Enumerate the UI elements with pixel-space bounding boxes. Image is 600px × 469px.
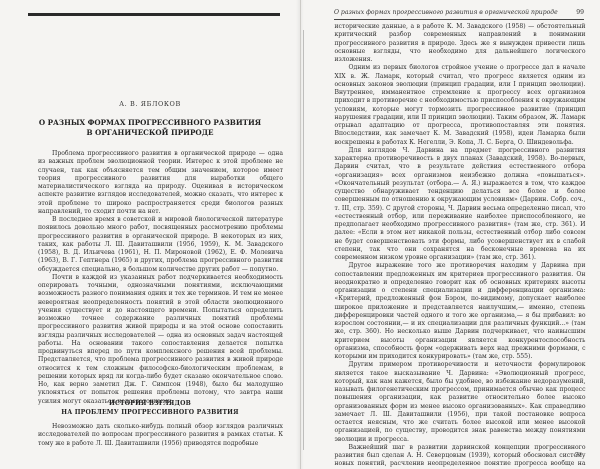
paragraph: В последнее время в советской и мировой … <box>38 216 283 274</box>
page-number: 99 <box>576 9 584 16</box>
section-title: ИСТОРИЯ ВЗГЛЯДОВ НА ПРОБЛЕМУ ПРОГРЕССИВН… <box>0 400 300 417</box>
section-text: Невозможно дать сколько-нибудь полный об… <box>38 423 283 448</box>
top-rule <box>28 13 280 16</box>
paragraph: Другое выражение того же противоречия на… <box>335 262 586 361</box>
right-page-text: исторические данные, а в работе К. М. За… <box>335 23 586 469</box>
title-line-1: О РАЗНЫХ ФОРМАХ ПРОГРЕССИВНОГО РАЗВИТИЯ <box>0 118 300 128</box>
paragraph: Проблема прогрессивного развития в орган… <box>38 150 283 216</box>
paragraph: Для взглядов Ч. Дарвина на предмет прогр… <box>335 147 586 263</box>
section-title-line-1: ИСТОРИЯ ВЗГЛЯДОВ <box>0 400 300 409</box>
running-head: О разных формах прогрессивного развития … <box>334 9 584 16</box>
paragraph: Почти в каждой из указанных работ подчер… <box>38 274 283 406</box>
right-page: исторические данные, а в работе К. М. За… <box>301 0 600 469</box>
paragraph: Невозможно дать сколько-нибудь полный об… <box>38 423 283 448</box>
running-head-title: О разных формах прогрессивного развития … <box>334 9 558 16</box>
paragraph: исторические данные, а в работе К. М. За… <box>335 23 586 64</box>
signature-mark: 7* <box>575 452 582 459</box>
page-edge-line <box>303 30 304 450</box>
paragraph: Важнейший шаг в развитии дарвинской конц… <box>335 444 586 469</box>
section-title-line-2: НА ПРОБЛЕМУ ПРОГРЕССИВНОГО РАЗВИТИЯ <box>0 409 300 418</box>
left-page: А. В. ЯБЛОКОВ О РАЗНЫХ ФОРМАХ ПРОГРЕССИВ… <box>0 0 301 469</box>
article-title: О РАЗНЫХ ФОРМАХ ПРОГРЕССИВНОГО РАЗВИТИЯ … <box>0 118 300 138</box>
running-head-rule <box>334 19 584 20</box>
paragraph: Одним из первых биологов стройное учение… <box>335 64 586 147</box>
title-line-2: В ОРГАНИЧЕСКОЙ ПРИРОДЕ <box>0 128 300 138</box>
intro-text: Проблема прогрессивного развития в орган… <box>38 150 283 406</box>
paragraph: Другим примером противоречивости и неточ… <box>335 361 586 444</box>
author-name: А. В. ЯБЛОКОВ <box>0 100 300 108</box>
